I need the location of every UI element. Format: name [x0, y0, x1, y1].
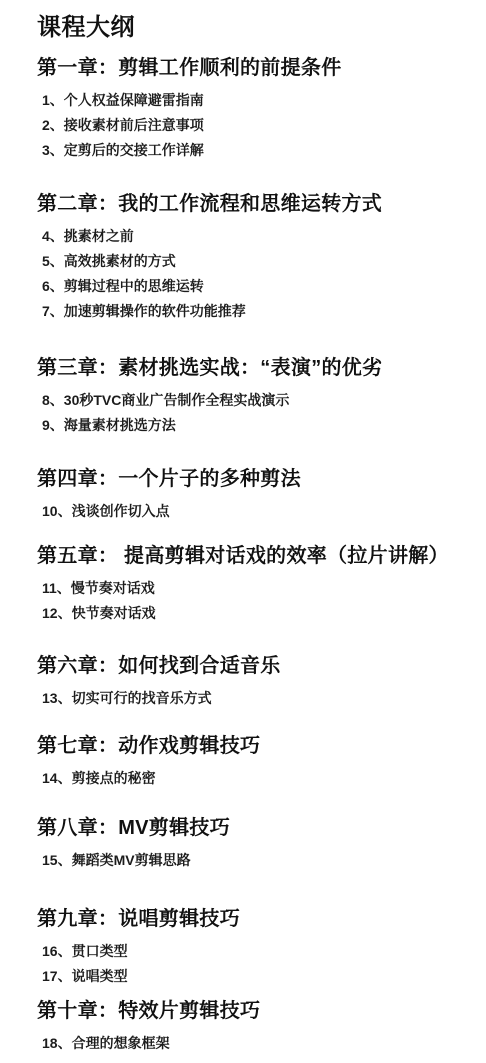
- lesson-item: 6、剪辑过程中的思维运转: [37, 279, 466, 293]
- chapter-heading: 第二章：我的工作流程和思维运转方式: [37, 193, 466, 215]
- chapter-section: 第九章：说唱剪辑技巧 16、贯口类型 17、说唱类型: [37, 908, 466, 983]
- lesson-list: 4、挑素材之前 5、高效挑素材的方式 6、剪辑过程中的思维运转 7、加速剪辑操作…: [37, 229, 466, 318]
- lesson-item: 16、贯口类型: [37, 944, 466, 958]
- chapter-section: 第七章：动作戏剪辑技巧 14、剪接点的秘密: [37, 735, 466, 785]
- lesson-list: 16、贯口类型 17、说唱类型: [37, 944, 466, 983]
- lesson-list: 13、切实可行的找音乐方式: [37, 691, 466, 705]
- chapter-heading: 第一章：剪辑工作顺利的前提条件: [37, 57, 466, 79]
- chapter-section: 第一章：剪辑工作顺利的前提条件 1、个人权益保障避雷指南 2、接收素材前后注意事…: [37, 57, 466, 157]
- chapter-section: 第六章：如何找到合适音乐 13、切实可行的找音乐方式: [37, 655, 466, 705]
- chapter-heading: 第九章：说唱剪辑技巧: [37, 908, 466, 930]
- chapter-section: 第三章：素材挑选实战：“表演”的优劣 8、30秒TVC商业广告制作全程实战演示 …: [37, 357, 466, 432]
- chapter-section: 第四章：一个片子的多种剪法 10、浅谈创作切入点: [37, 468, 466, 518]
- lesson-item: 17、说唱类型: [37, 969, 466, 983]
- chapter-heading: 第十章：特效片剪辑技巧: [37, 1000, 466, 1022]
- page-title: 课程大纲: [37, 15, 466, 40]
- chapter-list: 第一章：剪辑工作顺利的前提条件 1、个人权益保障避雷指南 2、接收素材前后注意事…: [37, 57, 466, 1050]
- lesson-list: 11、慢节奏对话戏 12、快节奏对话戏: [37, 581, 466, 620]
- lesson-list: 15、舞蹈类MV剪辑思路: [37, 853, 466, 867]
- lesson-item: 15、舞蹈类MV剪辑思路: [37, 853, 466, 867]
- lesson-item: 11、慢节奏对话戏: [37, 581, 466, 595]
- chapter-heading: 第六章：如何找到合适音乐: [37, 655, 466, 677]
- lesson-item: 12、快节奏对话戏: [37, 606, 466, 620]
- lesson-item: 8、30秒TVC商业广告制作全程实战演示: [37, 393, 466, 407]
- chapter-section: 第十章：特效片剪辑技巧 18、合理的想象框架: [37, 1000, 466, 1050]
- lesson-item: 18、合理的想象框架: [37, 1036, 466, 1050]
- chapter-heading: 第五章： 提高剪辑对话戏的效率（拉片讲解）: [37, 545, 466, 567]
- lesson-list: 18、合理的想象框架: [37, 1036, 466, 1050]
- lesson-item: 5、高效挑素材的方式: [37, 254, 466, 268]
- chapter-section: 第二章：我的工作流程和思维运转方式 4、挑素材之前 5、高效挑素材的方式 6、剪…: [37, 193, 466, 318]
- lesson-item: 3、定剪后的交接工作详解: [37, 143, 466, 157]
- lesson-item: 9、海量素材挑选方法: [37, 418, 466, 432]
- chapter-heading: 第四章：一个片子的多种剪法: [37, 468, 466, 490]
- lesson-list: 14、剪接点的秘密: [37, 771, 466, 785]
- chapter-heading: 第八章：MV剪辑技巧: [37, 817, 466, 839]
- lesson-item: 7、加速剪辑操作的软件功能推荐: [37, 304, 466, 318]
- lesson-item: 2、接收素材前后注意事项: [37, 118, 466, 132]
- chapter-heading: 第三章：素材挑选实战：“表演”的优劣: [37, 357, 466, 379]
- chapter-section: 第五章： 提高剪辑对话戏的效率（拉片讲解） 11、慢节奏对话戏 12、快节奏对话…: [37, 545, 466, 620]
- lesson-list: 1、个人权益保障避雷指南 2、接收素材前后注意事项 3、定剪后的交接工作详解: [37, 93, 466, 157]
- lesson-item: 10、浅谈创作切入点: [37, 504, 466, 518]
- chapter-heading: 第七章：动作戏剪辑技巧: [37, 735, 466, 757]
- lesson-item: 13、切实可行的找音乐方式: [37, 691, 466, 705]
- lesson-list: 10、浅谈创作切入点: [37, 504, 466, 518]
- lesson-item: 4、挑素材之前: [37, 229, 466, 243]
- lesson-list: 8、30秒TVC商业广告制作全程实战演示 9、海量素材挑选方法: [37, 393, 466, 432]
- chapter-section: 第八章：MV剪辑技巧 15、舞蹈类MV剪辑思路: [37, 817, 466, 867]
- lesson-item: 1、个人权益保障避雷指南: [37, 93, 466, 107]
- lesson-item: 14、剪接点的秘密: [37, 771, 466, 785]
